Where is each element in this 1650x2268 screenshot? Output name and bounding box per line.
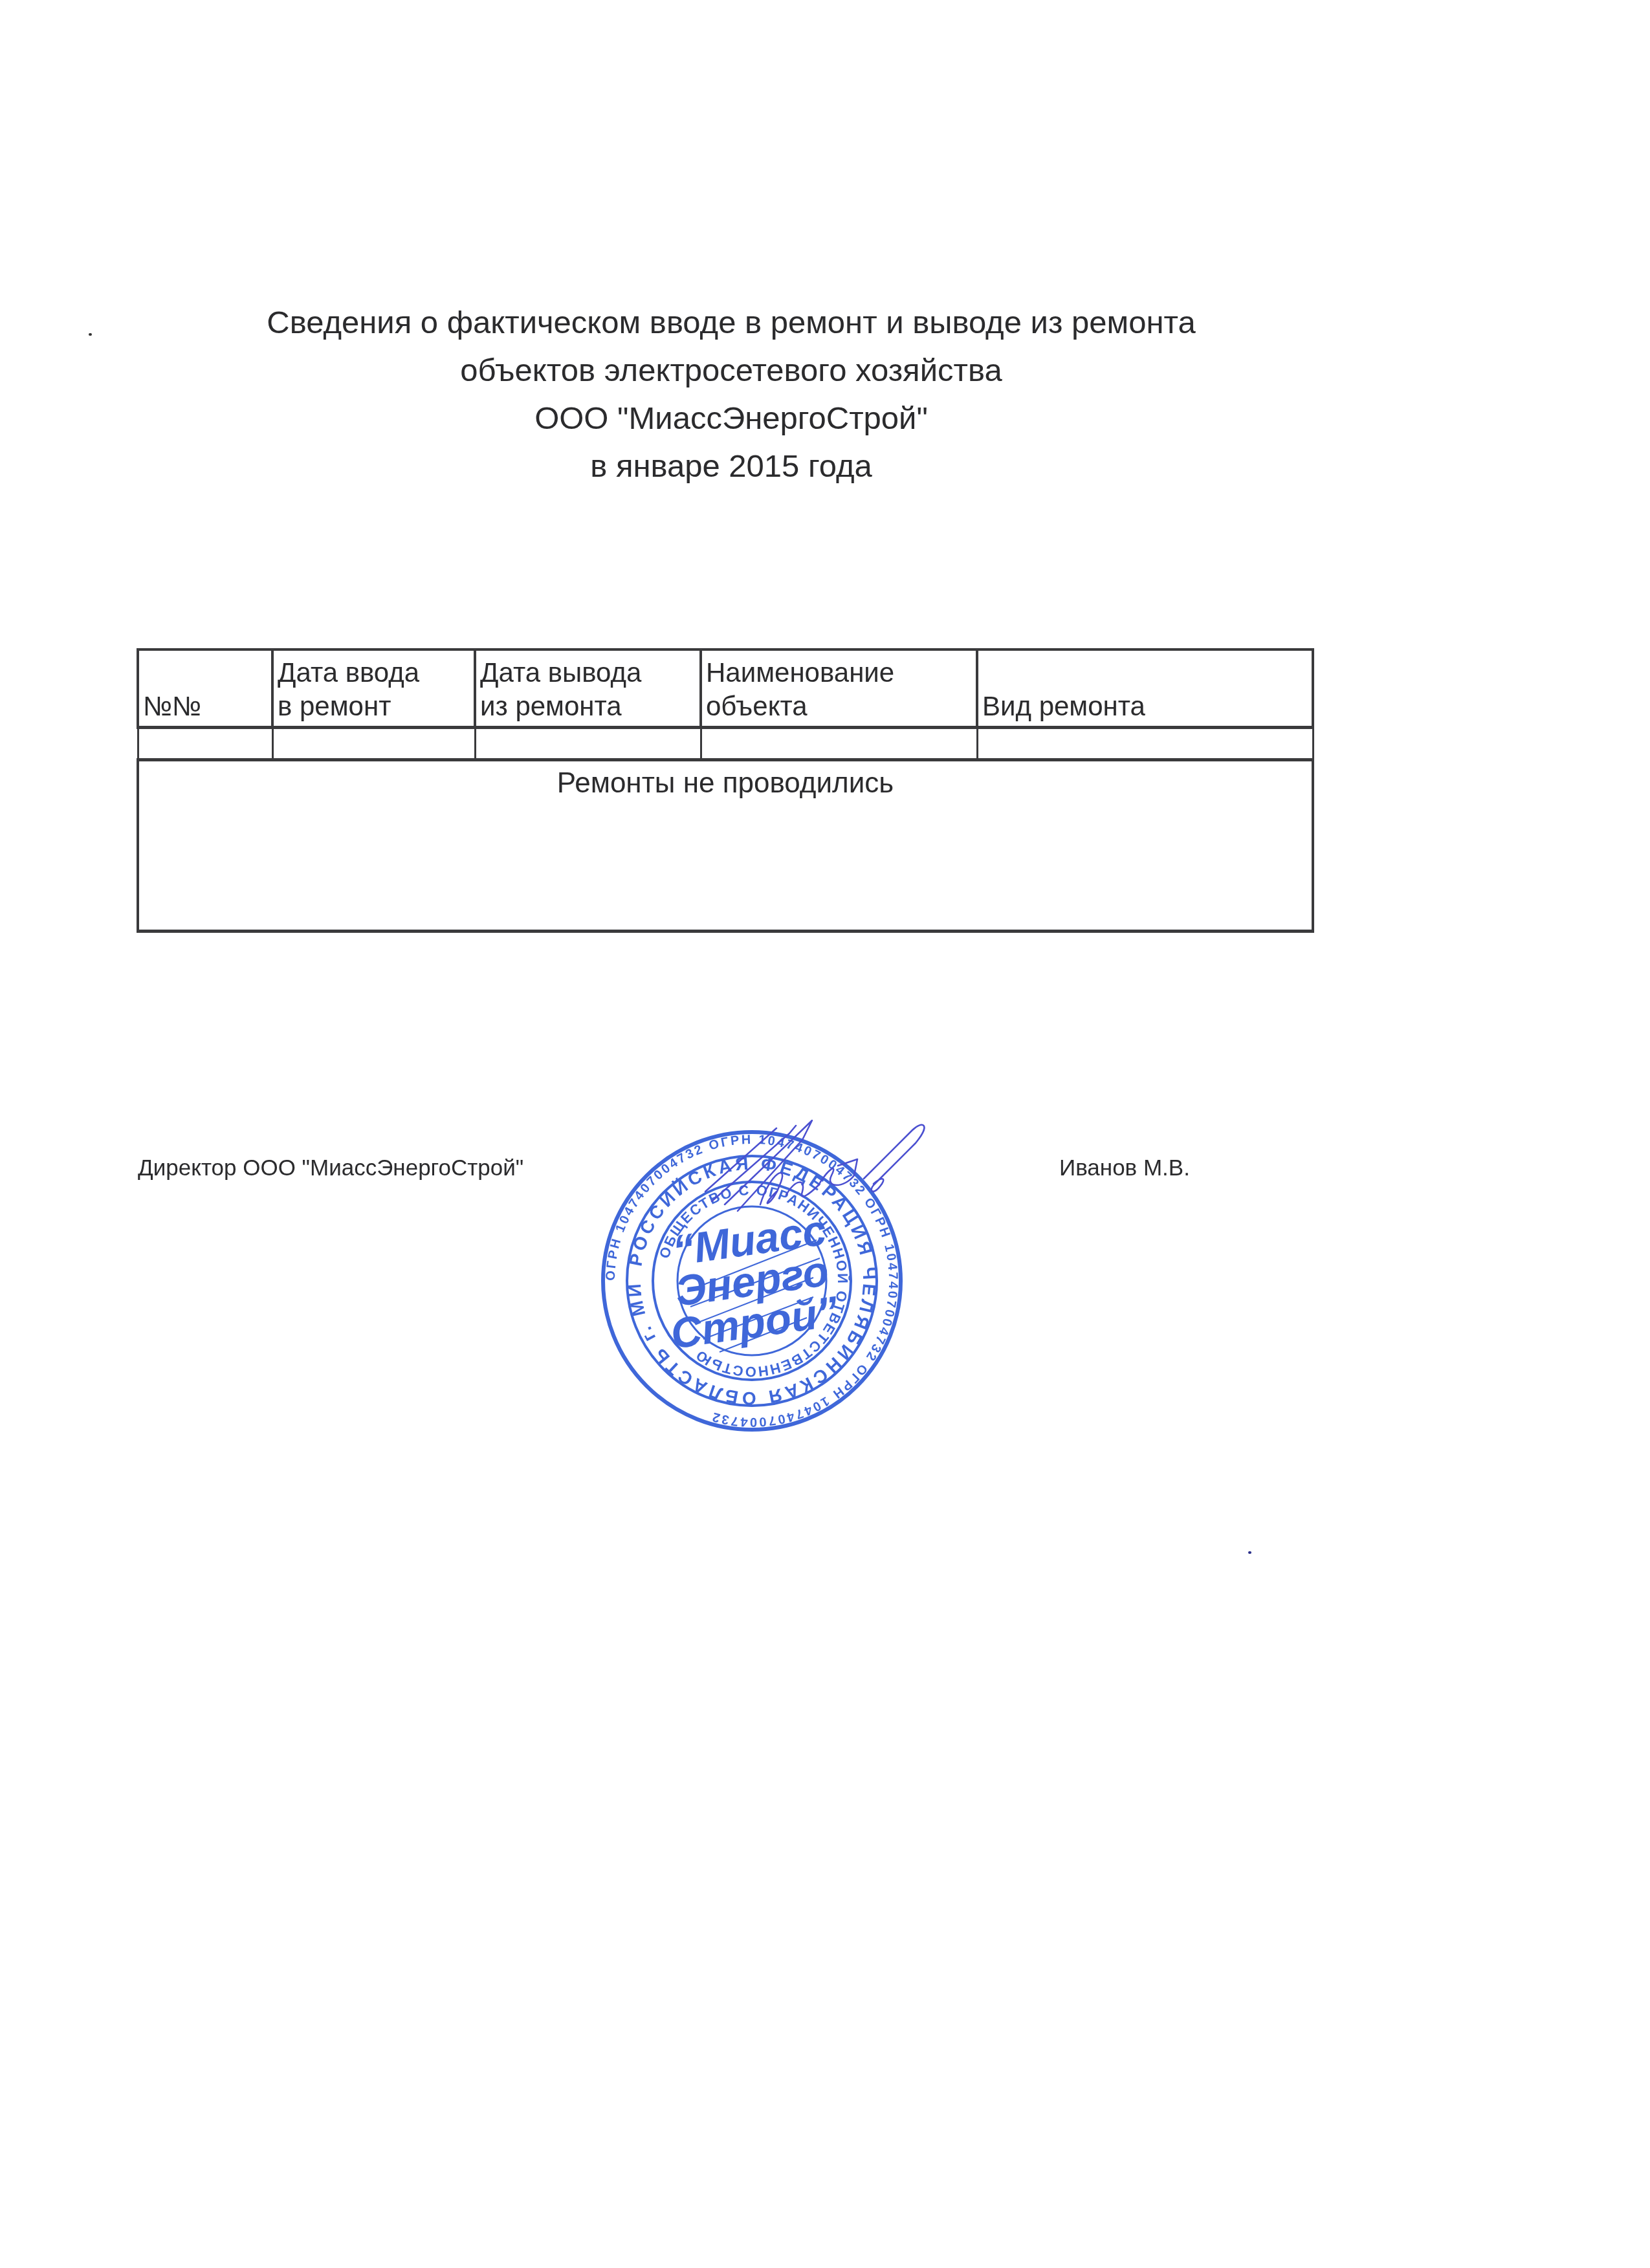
document-title: Сведения о фактическом вводе в ремонт и … [0, 299, 1462, 490]
table-cell [138, 727, 272, 759]
table-row-merged: Ремонты не проводились [138, 759, 1313, 932]
header-repair-type: Вид ремонта [977, 649, 1313, 727]
title-line-3: ООО "МиассЭнергоСтрой" [0, 395, 1462, 442]
table-cell [701, 727, 977, 759]
table-header-row: №№ Дата ввода в ремонт Дата вывода из ре… [138, 649, 1313, 727]
header-end-date: Дата вывода из ремонта [475, 649, 701, 727]
handwritten-signature [699, 1114, 971, 1230]
header-object-name: Наименование объекта [701, 649, 977, 727]
table-cell [475, 727, 701, 759]
table-cell [272, 727, 475, 759]
signatory-position: Директор ООО "МиассЭнергоСтрой" [138, 1155, 523, 1181]
title-line-1: Сведения о фактическом вводе в ремонт и … [0, 299, 1462, 347]
table-row [138, 727, 1313, 759]
header-start-date: Дата ввода в ремонт [272, 649, 475, 727]
repairs-table: №№ Дата ввода в ремонт Дата вывода из ре… [137, 648, 1314, 933]
no-repairs-note: Ремонты не проводились [138, 759, 1313, 932]
scan-speck [1248, 1551, 1251, 1554]
table-cell [977, 727, 1313, 759]
signatory-name: Иванов М.В. [1059, 1155, 1190, 1181]
title-line-2: объектов электросетевого хозяйства [0, 347, 1462, 395]
scan-speck [89, 333, 92, 336]
header-number: №№ [138, 649, 272, 727]
header-number-label: №№ [143, 690, 267, 723]
title-line-4: в январе 2015 года [0, 442, 1462, 490]
